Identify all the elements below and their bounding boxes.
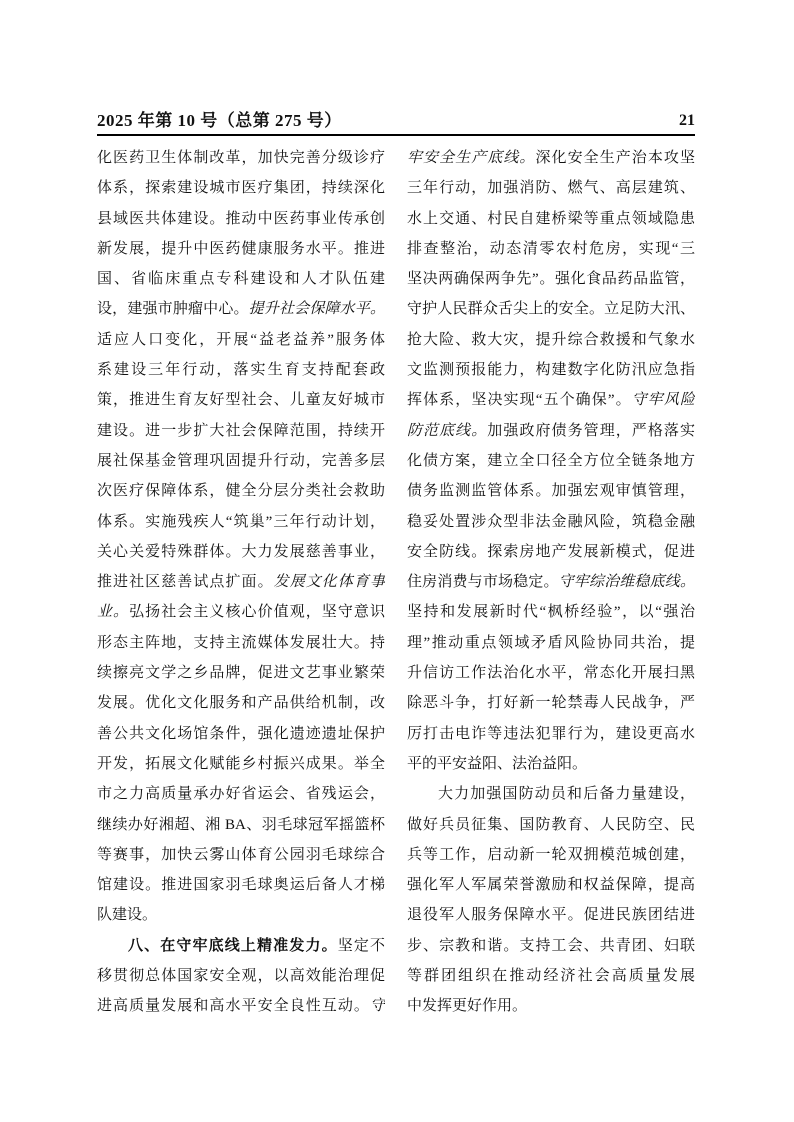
text-line: 关心关爱特殊群体。大力发展慈善事业， xyxy=(97,537,385,567)
heading-text: 八、在守牢底线上精准发力。 xyxy=(128,937,338,954)
text-line: 平的平安益阳、法治益阳。 xyxy=(407,749,695,779)
emphasis-text: 业。 xyxy=(97,604,129,620)
body-text: 深化安全生产治本攻坚 xyxy=(535,150,695,166)
text-line: 业。弘扬社会主义核心价值观，坚守意识 xyxy=(97,597,385,627)
text-line: 市之力高质量承办好省运会、省残运会， xyxy=(97,779,385,809)
body-text: 建设。进一步扩大社会保障范围，持续开 xyxy=(97,423,385,439)
body-text: 加强政府债务管理，严格落实 xyxy=(487,423,695,439)
text-line: 县域医共体建设。推动中医药事业传承创 xyxy=(97,204,385,234)
text-line: 开发，拓展文化赋能乡村振兴成果。举全 xyxy=(97,749,385,779)
text-line: 体系。实施残疾人“筑巢”三年行动计划， xyxy=(97,507,385,537)
text-line: 队建设。 xyxy=(97,900,385,930)
text-line: 排查整治，动态清零农村危房，实现“三 xyxy=(407,234,695,264)
body-text: 升信访工作法治化水平，常态化开展扫黑 xyxy=(407,665,695,681)
body-text: 住房消费与市场稳定。 xyxy=(407,574,559,590)
text-line: 进高质量发展和高水平安全良性互动。守 xyxy=(97,991,385,1021)
emphasis-text: 守牢综治维稳底线。 xyxy=(559,574,695,590)
text-line: 牢安全生产底线。深化安全生产治本攻坚 xyxy=(407,143,695,173)
body-text: 安全防线。探索房地产发展新模式，促进 xyxy=(407,544,695,560)
emphasis-text: 防范底线。 xyxy=(407,423,487,439)
text-line: 等群团组织在推动经济社会高质量发展 xyxy=(407,961,695,991)
text-line: 化医药卫生体制改革，加快完善分级诊疗 xyxy=(97,143,385,173)
text-line: 中发挥更好作用。 xyxy=(407,991,695,1021)
text-line: 理”推动重点领域矛盾风险协同共治，提 xyxy=(407,628,695,658)
text-line: 水上交通、村民自建桥梁等重点领域隐患 xyxy=(407,204,695,234)
body-text: 文监测预报能力，构建数字化防汛应急指 xyxy=(407,362,695,378)
emphasis-text: 牢安全生产底线。 xyxy=(407,150,535,166)
text-line: 强化军人军属荣誉激励和权益保障，提高 xyxy=(407,870,695,900)
body-text: 体系，探索建设城市医疗集团，持续深化 xyxy=(97,180,385,196)
body-text: 坚决两确保两争先”。强化食品药品监管， xyxy=(407,271,695,287)
body-text: 稳妥处置涉众型非法金融风险，筑稳金融 xyxy=(407,514,695,530)
body-text: 挥体系，坚决实现“五个确保”。 xyxy=(407,392,632,408)
emphasis-text: 发展文化体育事 xyxy=(274,574,385,590)
text-line: 兵等工作，启动新一轮双拥模范城创建， xyxy=(407,840,695,870)
body-text: 移贯彻总体国家安全观，以高效能治理促 xyxy=(97,968,385,984)
text-line: 退役军人服务保障水平。促进民族团结进 xyxy=(407,900,695,930)
body-text: 县域医共体建设。推动中医药事业传承创 xyxy=(97,211,385,227)
right-column: 牢安全生产底线。深化安全生产治本攻坚三年行动，加强消防、燃气、高层建筑、水上交通… xyxy=(407,143,695,1022)
body-text: 关心关爱特殊群体。大力发展慈善事业， xyxy=(97,544,385,560)
text-line: 移贯彻总体国家安全观，以高效能治理促 xyxy=(97,961,385,991)
text-line: 厉打击电诈等违法犯罪行为，建设更高水 xyxy=(407,719,695,749)
text-line: 大力加强国防动员和后备力量建设， xyxy=(407,779,695,809)
body-text: 推进社区慈善试点扩面。 xyxy=(97,574,274,590)
body-text: 适应人口变化，开展“益老益养”服务体 xyxy=(97,332,385,348)
header-rule xyxy=(97,134,695,136)
text-line: 馆建设。推进国家羽毛球奥运后备人才梯 xyxy=(97,870,385,900)
text-line: 三年行动，加强消防、燃气、高层建筑、 xyxy=(407,173,695,203)
body-text: 等赛事，加快云雾山体育公园羽毛球综合 xyxy=(97,847,385,863)
text-line: 守护人民群众舌尖上的安全。立足防大汛、 xyxy=(407,294,695,324)
text-line: 升信访工作法治化水平，常态化开展扫黑 xyxy=(407,658,695,688)
body-text: 弘扬社会主义核心价值观，坚守意识 xyxy=(129,604,385,620)
text-line: 除恶斗争，打好新一轮禁毒人民战争，严 xyxy=(407,688,695,718)
text-line: 继续办好湘超、湘 BA、羽毛球冠军摇篮杯 xyxy=(97,810,385,840)
text-line: 系建设三年行动，落实生育支持配套政 xyxy=(97,355,385,385)
body-text: 展社保基金管理巩固提升行动，完善多层 xyxy=(97,453,385,469)
body-text: 退役军人服务保障水平。促进民族团结进 xyxy=(407,907,695,923)
text-line: 住房消费与市场稳定。守牢综治维稳底线。 xyxy=(407,567,695,597)
text-line: 坚持和发展新时代“枫桥经验”，以“强治 xyxy=(407,597,695,627)
body-text: 水上交通、村民自建桥梁等重点领域隐患 xyxy=(407,211,695,227)
body-text: 抢大险、救大灾，提升综合救援和气象水 xyxy=(407,332,695,348)
body-text: 除恶斗争，打好新一轮禁毒人民战争，严 xyxy=(407,695,695,711)
document-page: 2025 年第 10 号（总第 275 号） 21 化医药卫生体制改革，加快完善… xyxy=(0,0,794,1122)
body-text: 化医药卫生体制改革，加快完善分级诊疗 xyxy=(97,150,385,166)
text-line: 挥体系，坚决实现“五个确保”。守牢风险 xyxy=(407,385,695,415)
body-text: 继续办好湘超、湘 BA、羽毛球冠军摇篮杯 xyxy=(97,817,385,833)
text-line: 展社保基金管理巩固提升行动，完善多层 xyxy=(97,446,385,476)
body-text: 中发挥更好作用。 xyxy=(407,998,527,1014)
text-line: 新发展，提升中医药健康服务水平。推进 xyxy=(97,234,385,264)
body-text: 强化军人军属荣誉激励和权益保障，提高 xyxy=(407,877,695,893)
body-text: 设，建强市肿瘤中心。 xyxy=(97,301,249,317)
body-text: 市之力高质量承办好省运会、省残运会， xyxy=(97,786,385,802)
body-text: 续擦亮文学之乡品牌，促进文艺事业繁荣 xyxy=(97,665,385,681)
body-text: 坚定不 xyxy=(338,938,385,954)
text-line: 适应人口变化，开展“益老益养”服务体 xyxy=(97,325,385,355)
journal-issue-number: 2025 年第 10 号（总第 275 号） xyxy=(97,110,342,131)
text-line: 等赛事，加快云雾山体育公园羽毛球综合 xyxy=(97,840,385,870)
emphasis-text: 守牢风险 xyxy=(632,392,695,408)
text-line: 抢大险、救大灾，提升综合救援和气象水 xyxy=(407,325,695,355)
text-line: 做好兵员征集、国防教育、人民防空、民 xyxy=(407,810,695,840)
body-text: 化债方案，建立全口径全方位全链条地方 xyxy=(407,453,695,469)
body-text: 厉打击电诈等违法犯罪行为，建设更高水 xyxy=(407,726,695,742)
body-text: 债务监测监管体系。加强宏观审慎管理， xyxy=(407,483,695,499)
emphasis-text: 守 xyxy=(370,998,385,1014)
text-line: 善公共文化场馆条件，强化遗迹遗址保护 xyxy=(97,719,385,749)
text-line: 步、宗教和谐。支持工会、共青团、妇联 xyxy=(407,931,695,961)
body-text: 大力加强国防动员和后备力量建设， xyxy=(438,786,695,802)
body-text: 系建设三年行动，落实生育支持配套政 xyxy=(97,362,385,378)
body-text: 三年行动，加强消防、燃气、高层建筑、 xyxy=(407,180,695,196)
text-line: 发展。优化文化服务和产品供给机制，改 xyxy=(97,688,385,718)
text-line: 国、省临床重点专科建设和人才队伍建 xyxy=(97,264,385,294)
emphasis-text: 提升社会保障水平。 xyxy=(249,301,385,317)
body-text: 善公共文化场馆条件，强化遗迹遗址保护 xyxy=(97,726,385,742)
body-text: 做好兵员征集、国防教育、人民防空、民 xyxy=(407,817,695,833)
text-line: 坚决两确保两争先”。强化食品药品监管， xyxy=(407,264,695,294)
body-text: 新发展，提升中医药健康服务水平。推进 xyxy=(97,241,385,257)
left-column: 化医药卫生体制改革，加快完善分级诊疗体系，探索建设城市医疗集团，持续深化县域医共… xyxy=(97,143,385,1022)
body-text: 守护人民群众舌尖上的安全。立足防大汛、 xyxy=(407,301,695,317)
body-text: 步、宗教和谐。支持工会、共青团、妇联 xyxy=(407,938,695,954)
text-line: 安全防线。探索房地产发展新模式，促进 xyxy=(407,537,695,567)
text-line: 债务监测监管体系。加强宏观审慎管理， xyxy=(407,476,695,506)
page-number: 21 xyxy=(679,110,695,131)
body-text: 形态主阵地，支持主流媒体发展壮大。持 xyxy=(97,635,385,651)
body-text: 理”推动重点领域矛盾风险协同共治，提 xyxy=(407,635,695,651)
body-text: 体系。实施残疾人“筑巢”三年行动计划， xyxy=(97,514,385,530)
body-text: 队建设。 xyxy=(97,907,157,923)
text-line: 八、在守牢底线上精准发力。坚定不 xyxy=(97,931,385,961)
text-line: 稳妥处置涉众型非法金融风险，筑稳金融 xyxy=(407,507,695,537)
text-line: 防范底线。加强政府债务管理，严格落实 xyxy=(407,416,695,446)
text-line: 体系，探索建设城市医疗集团，持续深化 xyxy=(97,173,385,203)
body-text: 兵等工作，启动新一轮双拥模范城创建， xyxy=(407,847,695,863)
body-text: 发展。优化文化服务和产品供给机制，改 xyxy=(97,695,385,711)
text-line: 次医疗保障体系，健全分层分类社会救助 xyxy=(97,476,385,506)
text-line: 化债方案，建立全口径全方位全链条地方 xyxy=(407,446,695,476)
page-header: 2025 年第 10 号（总第 275 号） 21 xyxy=(97,110,695,131)
body-text: 排查整治，动态清零农村危房，实现“三 xyxy=(407,241,695,257)
text-line: 形态主阵地，支持主流媒体发展壮大。持 xyxy=(97,628,385,658)
text-line: 推进社区慈善试点扩面。发展文化体育事 xyxy=(97,567,385,597)
text-line: 策，推进生育友好型社会、儿童友好城市 xyxy=(97,385,385,415)
text-line: 建设。进一步扩大社会保障范围，持续开 xyxy=(97,416,385,446)
text-line: 文监测预报能力，构建数字化防汛应急指 xyxy=(407,355,695,385)
body-text: 次医疗保障体系，健全分层分类社会救助 xyxy=(97,483,385,499)
body-text: 等群团组织在推动经济社会高质量发展 xyxy=(407,968,695,984)
body-text: 馆建设。推进国家羽毛球奥运后备人才梯 xyxy=(97,877,385,893)
text-line: 续擦亮文学之乡品牌，促进文艺事业繁荣 xyxy=(97,658,385,688)
body-text: 进高质量发展和高水平安全良性互动。 xyxy=(97,998,370,1014)
body-text: 策，推进生育友好型社会、儿童友好城市 xyxy=(97,392,385,408)
body-text: 国、省临床重点专科建设和人才队伍建 xyxy=(97,271,385,287)
body-text: 平的平安益阳、法治益阳。 xyxy=(407,756,587,772)
body-text: 开发，拓展文化赋能乡村振兴成果。举全 xyxy=(97,756,385,772)
article-body: 化医药卫生体制改革，加快完善分级诊疗体系，探索建设城市医疗集团，持续深化县域医共… xyxy=(97,143,695,1022)
body-text: 坚持和发展新时代“枫桥经验”，以“强治 xyxy=(407,604,695,620)
text-line: 设，建强市肿瘤中心。提升社会保障水平。 xyxy=(97,294,385,324)
